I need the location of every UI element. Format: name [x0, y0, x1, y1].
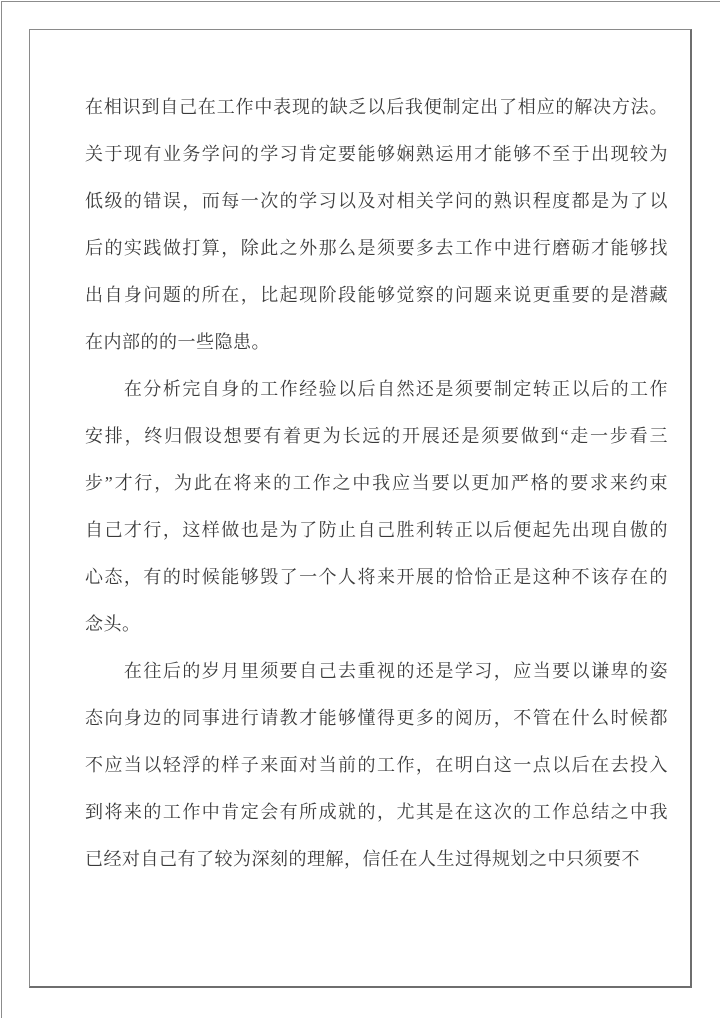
- text-line: 低级的错误，而每一次的学习以及对相关学问的熟识程度都是为了以: [85, 178, 668, 225]
- text-line: 出自身问题的所在，比起现阶段能够觉察的问题来说更重要的是潜藏: [85, 272, 668, 319]
- text-line: 步”才行，为此在将来的工作之中我应当要以更加严格的要求来约束: [85, 460, 668, 507]
- text-line: 在往后的岁月里须要自己去重视的还是学习，应当要以谦卑的姿: [85, 648, 668, 695]
- text-line: 关于现有业务学问的学习肯定要能够娴熟运用才能够不至于出现较为: [85, 131, 668, 178]
- text-line: 自己才行，这样做也是为了防止自己胜利转正以后便起先出现自傲的: [85, 507, 668, 554]
- text-line: 在相识到自己在工作中表现的缺乏以后我便制定出了相应的解决方法。: [85, 84, 668, 131]
- text-line: 到将来的工作中肯定会有所成就的，尤其是在这次的工作总结之中我: [85, 789, 668, 836]
- text-line: 态向身边的同事进行请教才能够懂得更多的阅历，不管在什么时候都: [85, 695, 668, 742]
- text-line: 安排，终归假设想要有着更为长远的开展还是须要做到“走一步看三: [85, 413, 668, 460]
- text-line: 已经对自己有了较为深刻的理解，信任在人生过得规划之中只须要不: [85, 836, 668, 883]
- document-body-text: 在相识到自己在工作中表现的缺乏以后我便制定出了相应的解决方法。 关于现有业务学问…: [85, 84, 668, 883]
- text-line: 心态，有的时候能够毁了一个人将来开展的恰恰正是这种不该存在的: [85, 554, 668, 601]
- text-line: 在分析完自身的工作经验以后自然还是须要制定转正以后的工作: [85, 366, 668, 413]
- text-line: 后的实践做打算，除此之外那么是须要多去工作中进行磨砺才能够找: [85, 225, 668, 272]
- text-line: 在内部的的一些隐患。: [85, 319, 668, 366]
- document-page: 在相识到自己在工作中表现的缺乏以后我便制定出了相应的解决方法。 关于现有业务学问…: [0, 0, 720, 1018]
- text-line: 念头。: [85, 601, 668, 648]
- text-line: 不应当以轻浮的样子来面对当前的工作，在明白这一点以后在去投入: [85, 742, 668, 789]
